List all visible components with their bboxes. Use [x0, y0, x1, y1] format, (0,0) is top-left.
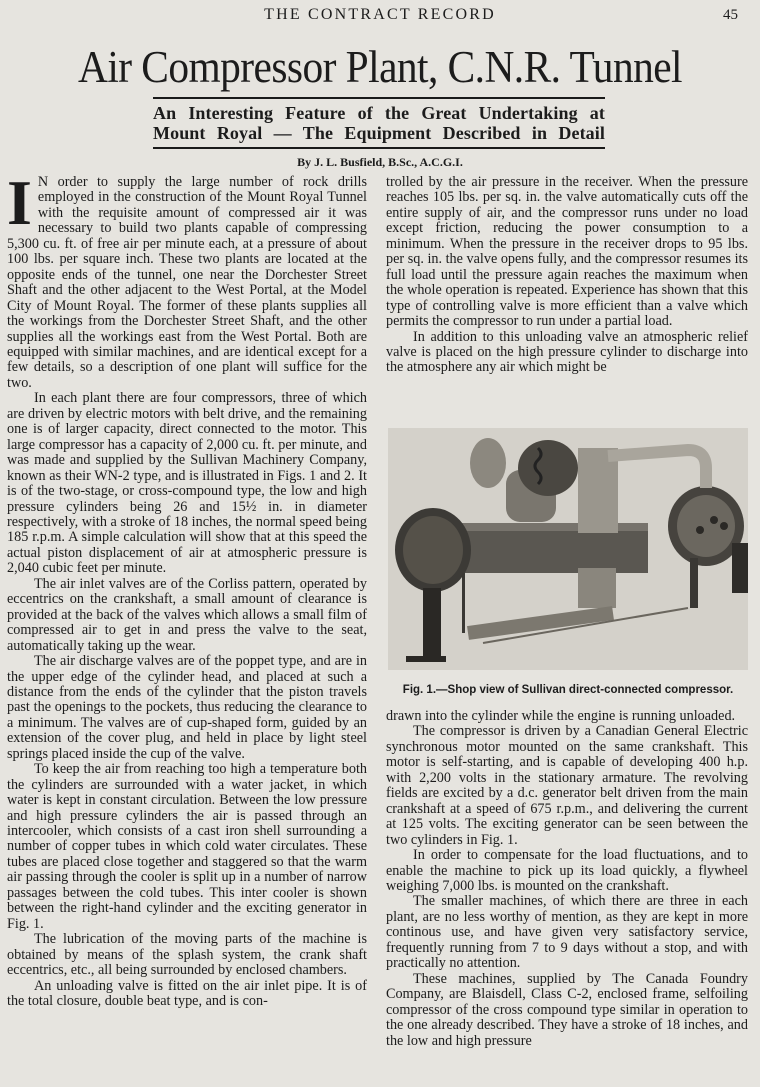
right-column-bottom: drawn into the cylinder while the engine… — [386, 709, 748, 1049]
paragraph: The smaller machines, of which there are… — [386, 894, 748, 971]
paragraph: drawn into the cylinder while the engine… — [386, 709, 748, 724]
magazine-page: THE CONTRACT RECORD 45 Air Compressor Pl… — [0, 0, 760, 1087]
subtitle-line-2: Mount Royal — The Equipment Described in… — [153, 123, 605, 143]
paragraph: The air discharge valves are of the popp… — [7, 654, 367, 762]
left-column: IN order to supply the large number of r… — [7, 175, 367, 1009]
byline: By J. L. Busfield, B.Sc., A.C.G.I. — [0, 155, 760, 170]
paragraph: An unloading valve is fitted on the air … — [7, 979, 367, 1010]
compressor-illustration — [388, 428, 748, 670]
subtitle-bottom-rule — [153, 147, 605, 149]
paragraph: In order to compensate for the load fluc… — [386, 848, 748, 894]
running-head: THE CONTRACT RECORD — [0, 6, 760, 24]
subtitle-line-1: An Interesting Feature of the Great Unde… — [153, 103, 605, 123]
figure-caption: Fig. 1.—Shop view of Sullivan direct-con… — [388, 684, 748, 696]
paragraph: To keep the air from reaching too high a… — [7, 762, 367, 932]
paragraph: The compressor is driven by a Canadian G… — [386, 724, 748, 848]
paragraph: IN order to supply the large number of r… — [7, 175, 367, 391]
article-subtitle: An Interesting Feature of the Great Unde… — [153, 103, 605, 143]
subtitle-top-rule — [153, 97, 605, 99]
paragraph: These machines, supplied by The Canada F… — [386, 972, 748, 1049]
paragraph: In addition to this unloading valve an a… — [386, 330, 748, 376]
page-number: 45 — [723, 7, 738, 24]
paragraph: In each plant there are four compressors… — [7, 391, 367, 576]
drop-cap: I — [7, 177, 32, 229]
figure-compressor-photo — [388, 428, 748, 670]
article-title: Air Compressor Plant, C.N.R. Tunnel — [30, 42, 729, 92]
right-column-top: trolled by the air pressure in the recei… — [386, 175, 748, 376]
paragraph: The air inlet valves are of the Corliss … — [7, 577, 367, 654]
paragraph: The lubrication of the moving parts of t… — [7, 932, 367, 978]
paragraph: trolled by the air pressure in the recei… — [386, 175, 748, 330]
